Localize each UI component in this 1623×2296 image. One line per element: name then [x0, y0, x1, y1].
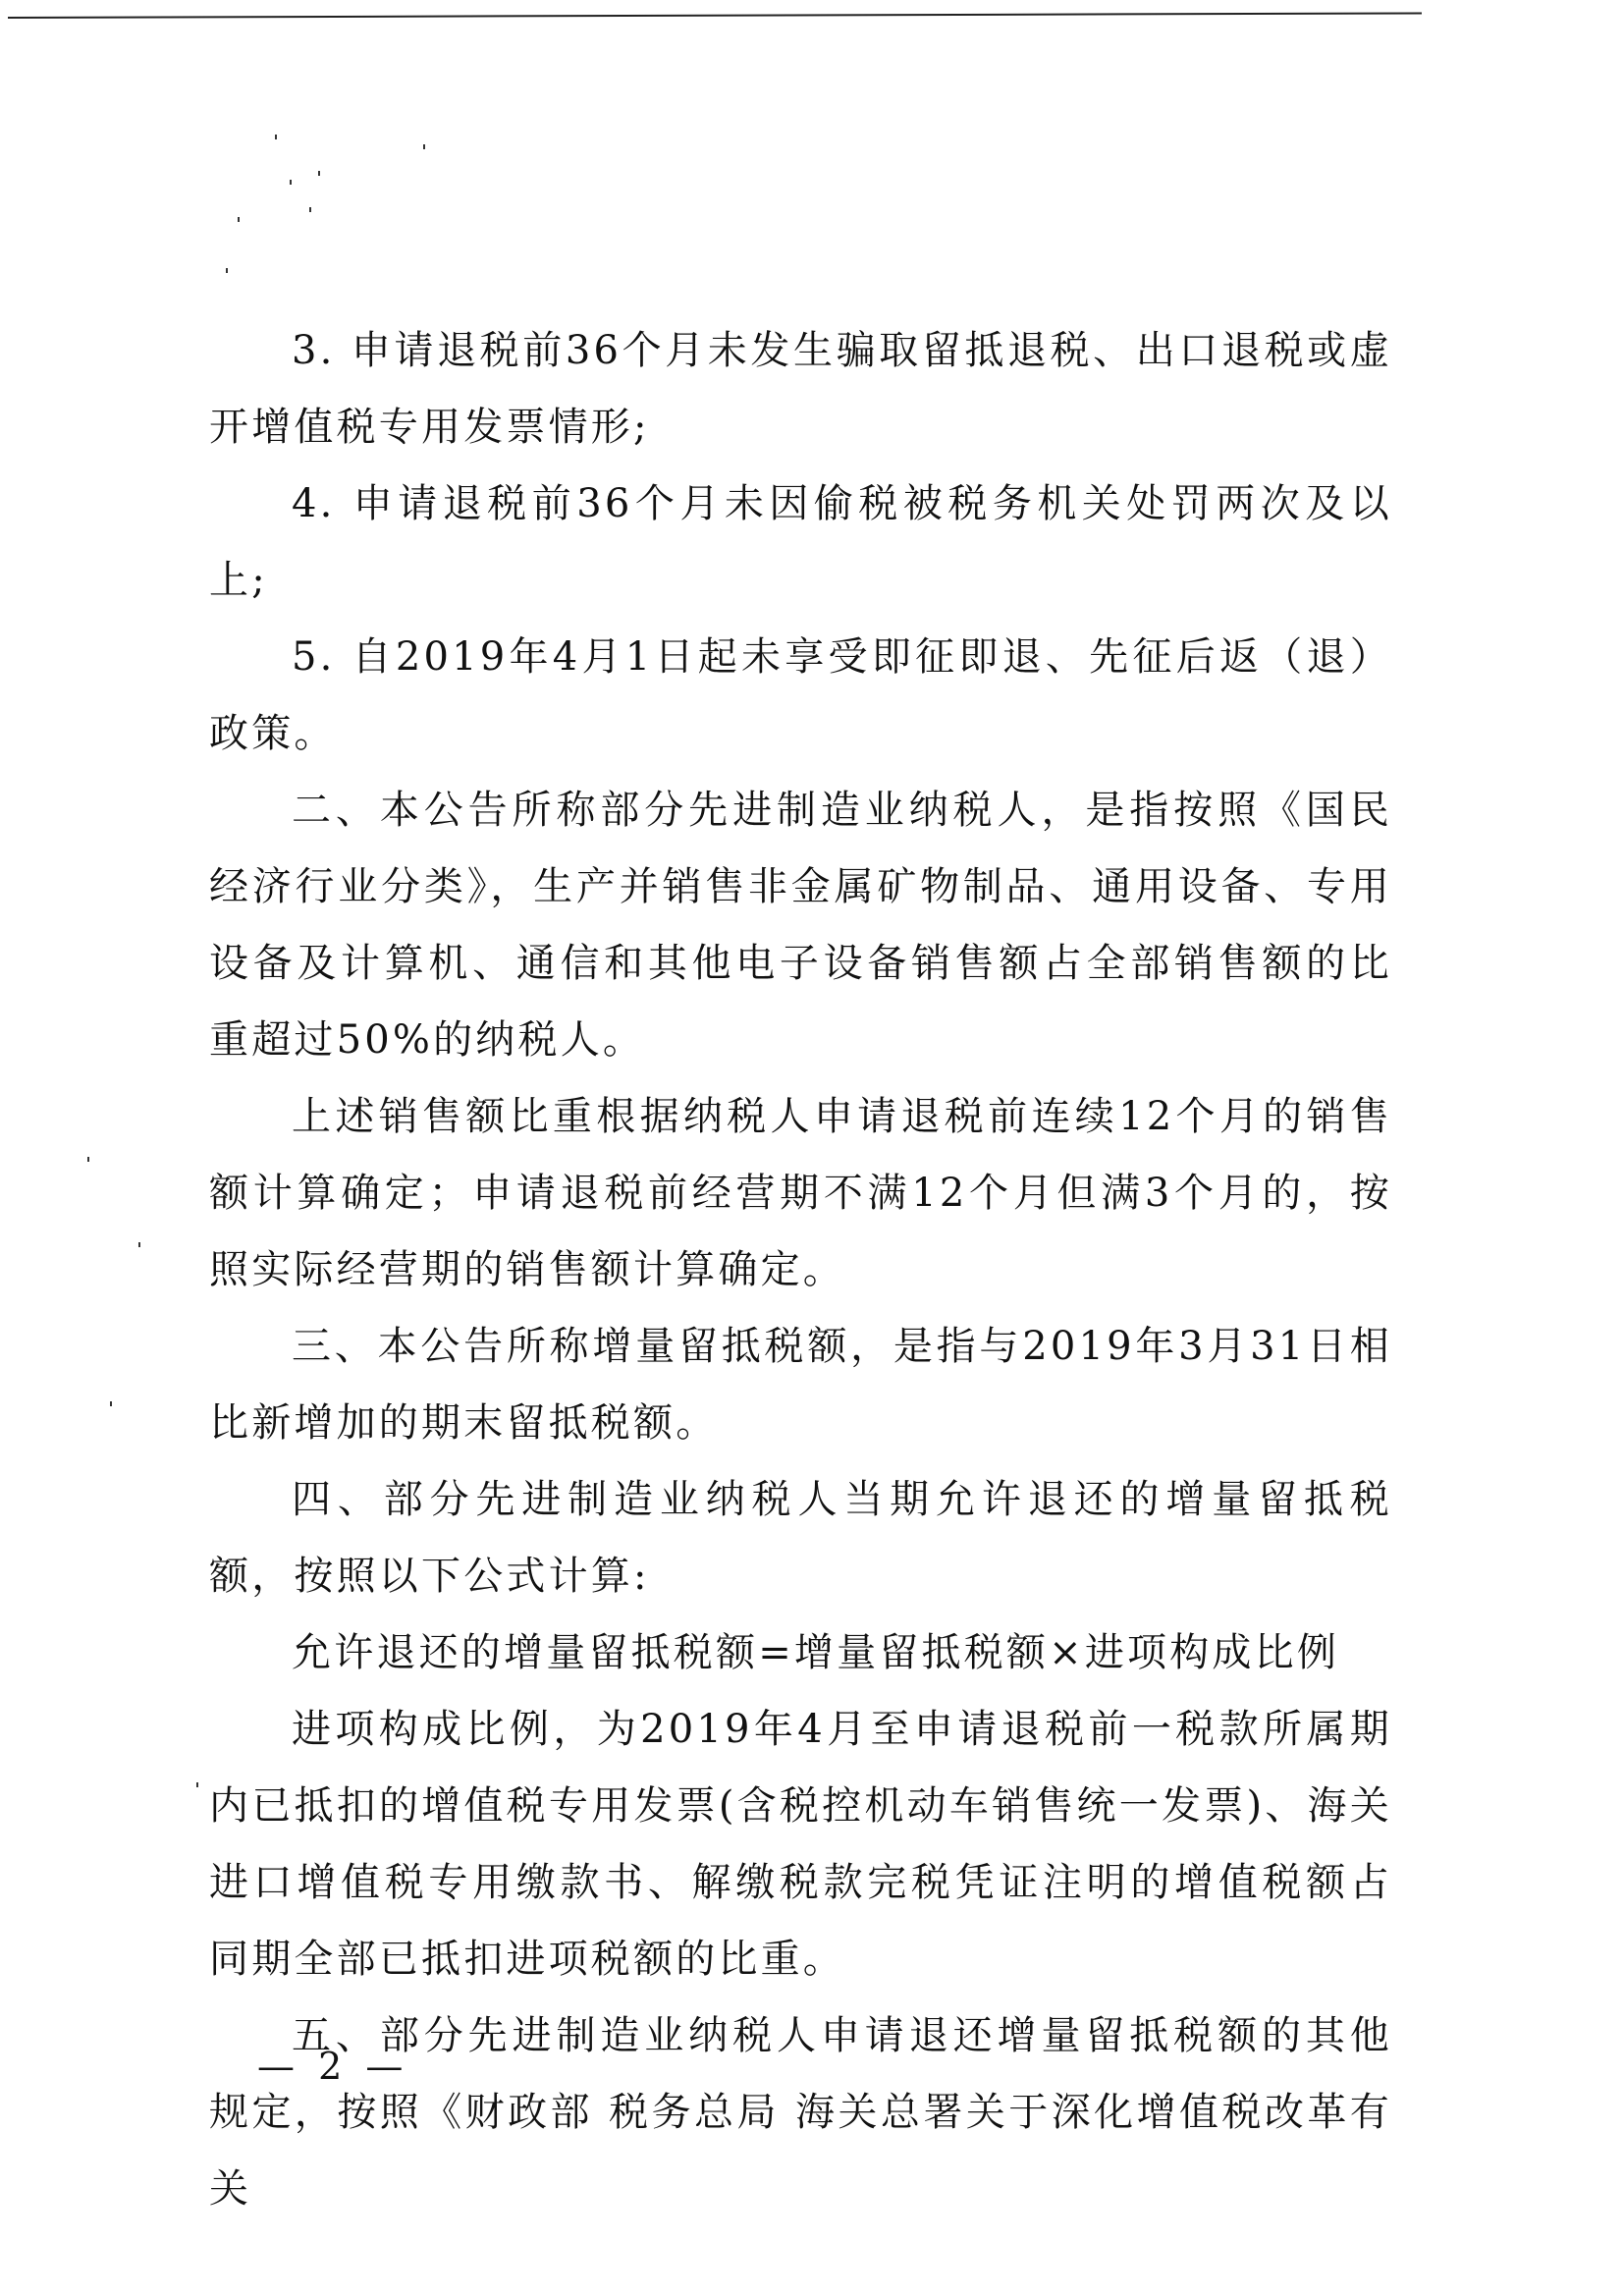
page-number: — 2 —: [257, 2045, 408, 2088]
paragraph-section-3: 三、本公告所称增量留抵税额，是指与2019年3月31日相比新增加的期末留抵税额。: [209, 1308, 1392, 1461]
scan-speck: [87, 1157, 89, 1162]
paragraph-item-5: 5. 自2019年4月1日起未享受即征即退、先征后返（退）政策。: [209, 619, 1392, 772]
paragraph-section-4-ratio: 进项构成比例，为2019年4月至申请退税前一税款所属期内已抵扣的增值税专用发票(…: [209, 1691, 1392, 1997]
paragraph-section-2: 二、本公告所称部分先进制造业纳税人，是指按照《国民经济行业分类》，生产并销售非金…: [209, 772, 1392, 1078]
paragraph-section-2-note: 上述销售额比重根据纳税人申请退税前连续12个月的销售额计算确定；申请退税前经营期…: [209, 1078, 1392, 1308]
scan-speck: [196, 1782, 198, 1787]
scan-speck: [226, 268, 228, 273]
document-body: 3. 申请退税前36个月未发生骗取留抵退税、出口退税或虚开增值税专用发票情形; …: [209, 312, 1392, 2227]
scan-speck: [309, 207, 311, 212]
scan-speck: [423, 144, 425, 149]
scan-speck: [138, 1242, 140, 1247]
paragraph-item-3: 3. 申请退税前36个月未发生骗取留抵退税、出口退税或虚开增值税专用发票情形;: [209, 312, 1392, 465]
paragraph-item-4: 4. 申请退税前36个月未因偷税被税务机关处罚两次及以上;: [209, 465, 1392, 619]
formula-line: 允许退还的增量留抵税额=增量留抵税额×进项构成比例: [209, 1614, 1392, 1691]
header-rule: [8, 12, 1422, 19]
scan-speck: [275, 135, 277, 139]
scan-speck: [290, 180, 292, 185]
scan-speck: [110, 1401, 112, 1406]
scan-speck: [238, 217, 240, 222]
scan-speck: [318, 171, 320, 176]
paragraph-section-4: 四、部分先进制造业纳税人当期允许退还的增量留抵税额，按照以下公式计算:: [209, 1461, 1392, 1614]
paragraph-section-5: 五、部分先进制造业纳税人申请退还增量留抵税额的其他规定，按照《财政部 税务总局 …: [209, 1997, 1392, 2227]
